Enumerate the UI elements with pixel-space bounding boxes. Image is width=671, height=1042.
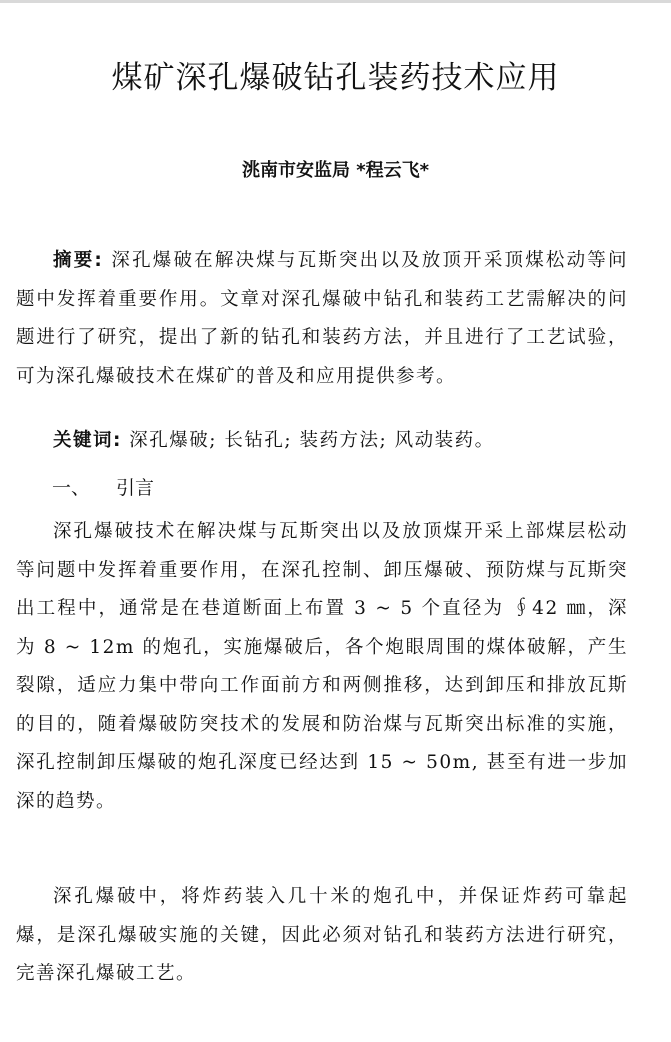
section-heading: 一、引言: [52, 473, 154, 500]
section-title: 引言: [116, 477, 154, 499]
page-top-border: [0, 0, 671, 3]
abstract-label: 摘要:: [53, 250, 103, 271]
keywords-section: 关键词: 深孔爆破; 长钻孔; 装药方法; 风动装药。: [16, 422, 628, 461]
body-paragraph: 深孔爆破技术在解决煤与瓦斯突出以及放顶煤开采上部煤层松动等问题中发挥着重要作用，…: [16, 513, 628, 821]
body-paragraph: 深孔爆破中，将炸药装入几十米的炮孔中，并保证炸药可靠起爆，是深孔爆破实施的关键，…: [16, 878, 628, 994]
intro-body-2: 深孔爆破中，将炸药装入几十米的炮孔中，并保证炸药可靠起爆，是深孔爆破实施的关键，…: [16, 878, 628, 994]
keywords-paragraph: 关键词: 深孔爆破; 长钻孔; 装药方法; 风动装药。: [16, 422, 628, 461]
keywords-text: 深孔爆破; 长钻孔; 装药方法; 风动装药。: [122, 430, 495, 451]
document-title: 煤矿深孔爆破钻孔装药技术应用: [0, 52, 671, 97]
abstract-paragraph: 摘要: 深孔爆破在解决煤与瓦斯突出以及放顶开采顶煤松动等问题中发挥着重要作用。文…: [16, 242, 628, 396]
abstract-section: 摘要: 深孔爆破在解决煤与瓦斯突出以及放顶开采顶煤松动等问题中发挥着重要作用。文…: [16, 242, 628, 396]
section-number: 一、: [52, 477, 90, 499]
abstract-text: 深孔爆破在解决煤与瓦斯突出以及放顶开采顶煤松动等问题中发挥着重要作用。文章对深孔…: [16, 250, 628, 387]
author-line: 洮南市安监局 *程云飞*: [0, 156, 671, 182]
keywords-label: 关键词:: [53, 430, 122, 451]
intro-body: 深孔爆破技术在解决煤与瓦斯突出以及放顶煤开采上部煤层松动等问题中发挥着重要作用，…: [16, 513, 628, 821]
